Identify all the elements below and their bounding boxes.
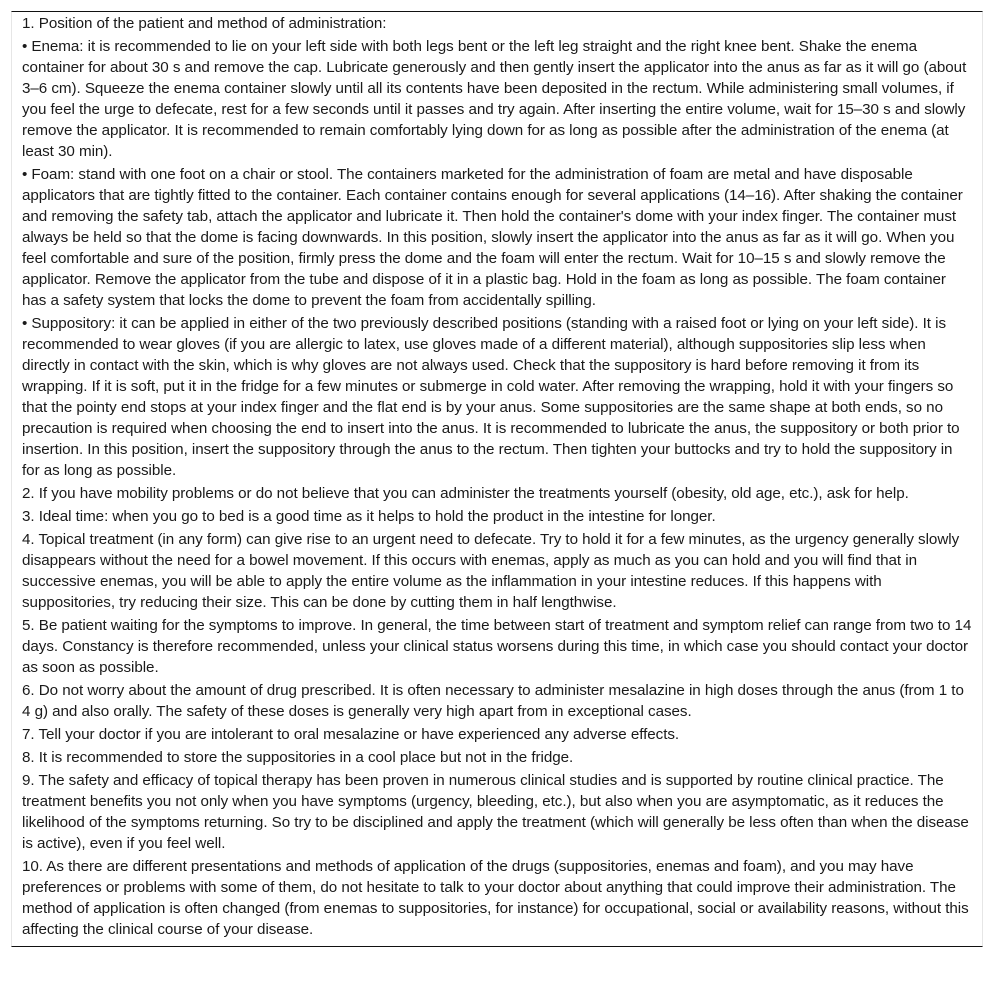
suppository-instructions: • Suppository: it can be applied in eith… [22,313,972,481]
heading-position-and-method: 1. Position of the patient and method of… [22,13,972,34]
item-5-be-patient: 5. Be patient waiting for the symptoms t… [22,615,972,678]
item-7-intolerance: 7. Tell your doctor if you are intoleran… [22,724,972,745]
item-6-drug-amount: 6. Do not worry about the amount of drug… [22,680,972,722]
item-2-mobility-problems: 2. If you have mobility problems or do n… [22,483,972,504]
item-3-ideal-time: 3. Ideal time: when you go to bed is a g… [22,506,972,527]
foam-instructions: • Foam: stand with one foot on a chair o… [22,164,972,311]
enema-instructions: • Enema: it is recommended to lie on you… [22,36,972,162]
item-10-presentations: 10. As there are different presentations… [22,856,972,940]
item-8-storage: 8. It is recommended to store the suppos… [22,747,972,768]
instructions-cell: 1. Position of the patient and method of… [12,12,982,946]
instructions-table: 1. Position of the patient and method of… [11,11,983,947]
item-4-urgency: 4. Topical treatment (in any form) can g… [22,529,972,613]
item-9-safety-efficacy: 9. The safety and efficacy of topical th… [22,770,972,854]
